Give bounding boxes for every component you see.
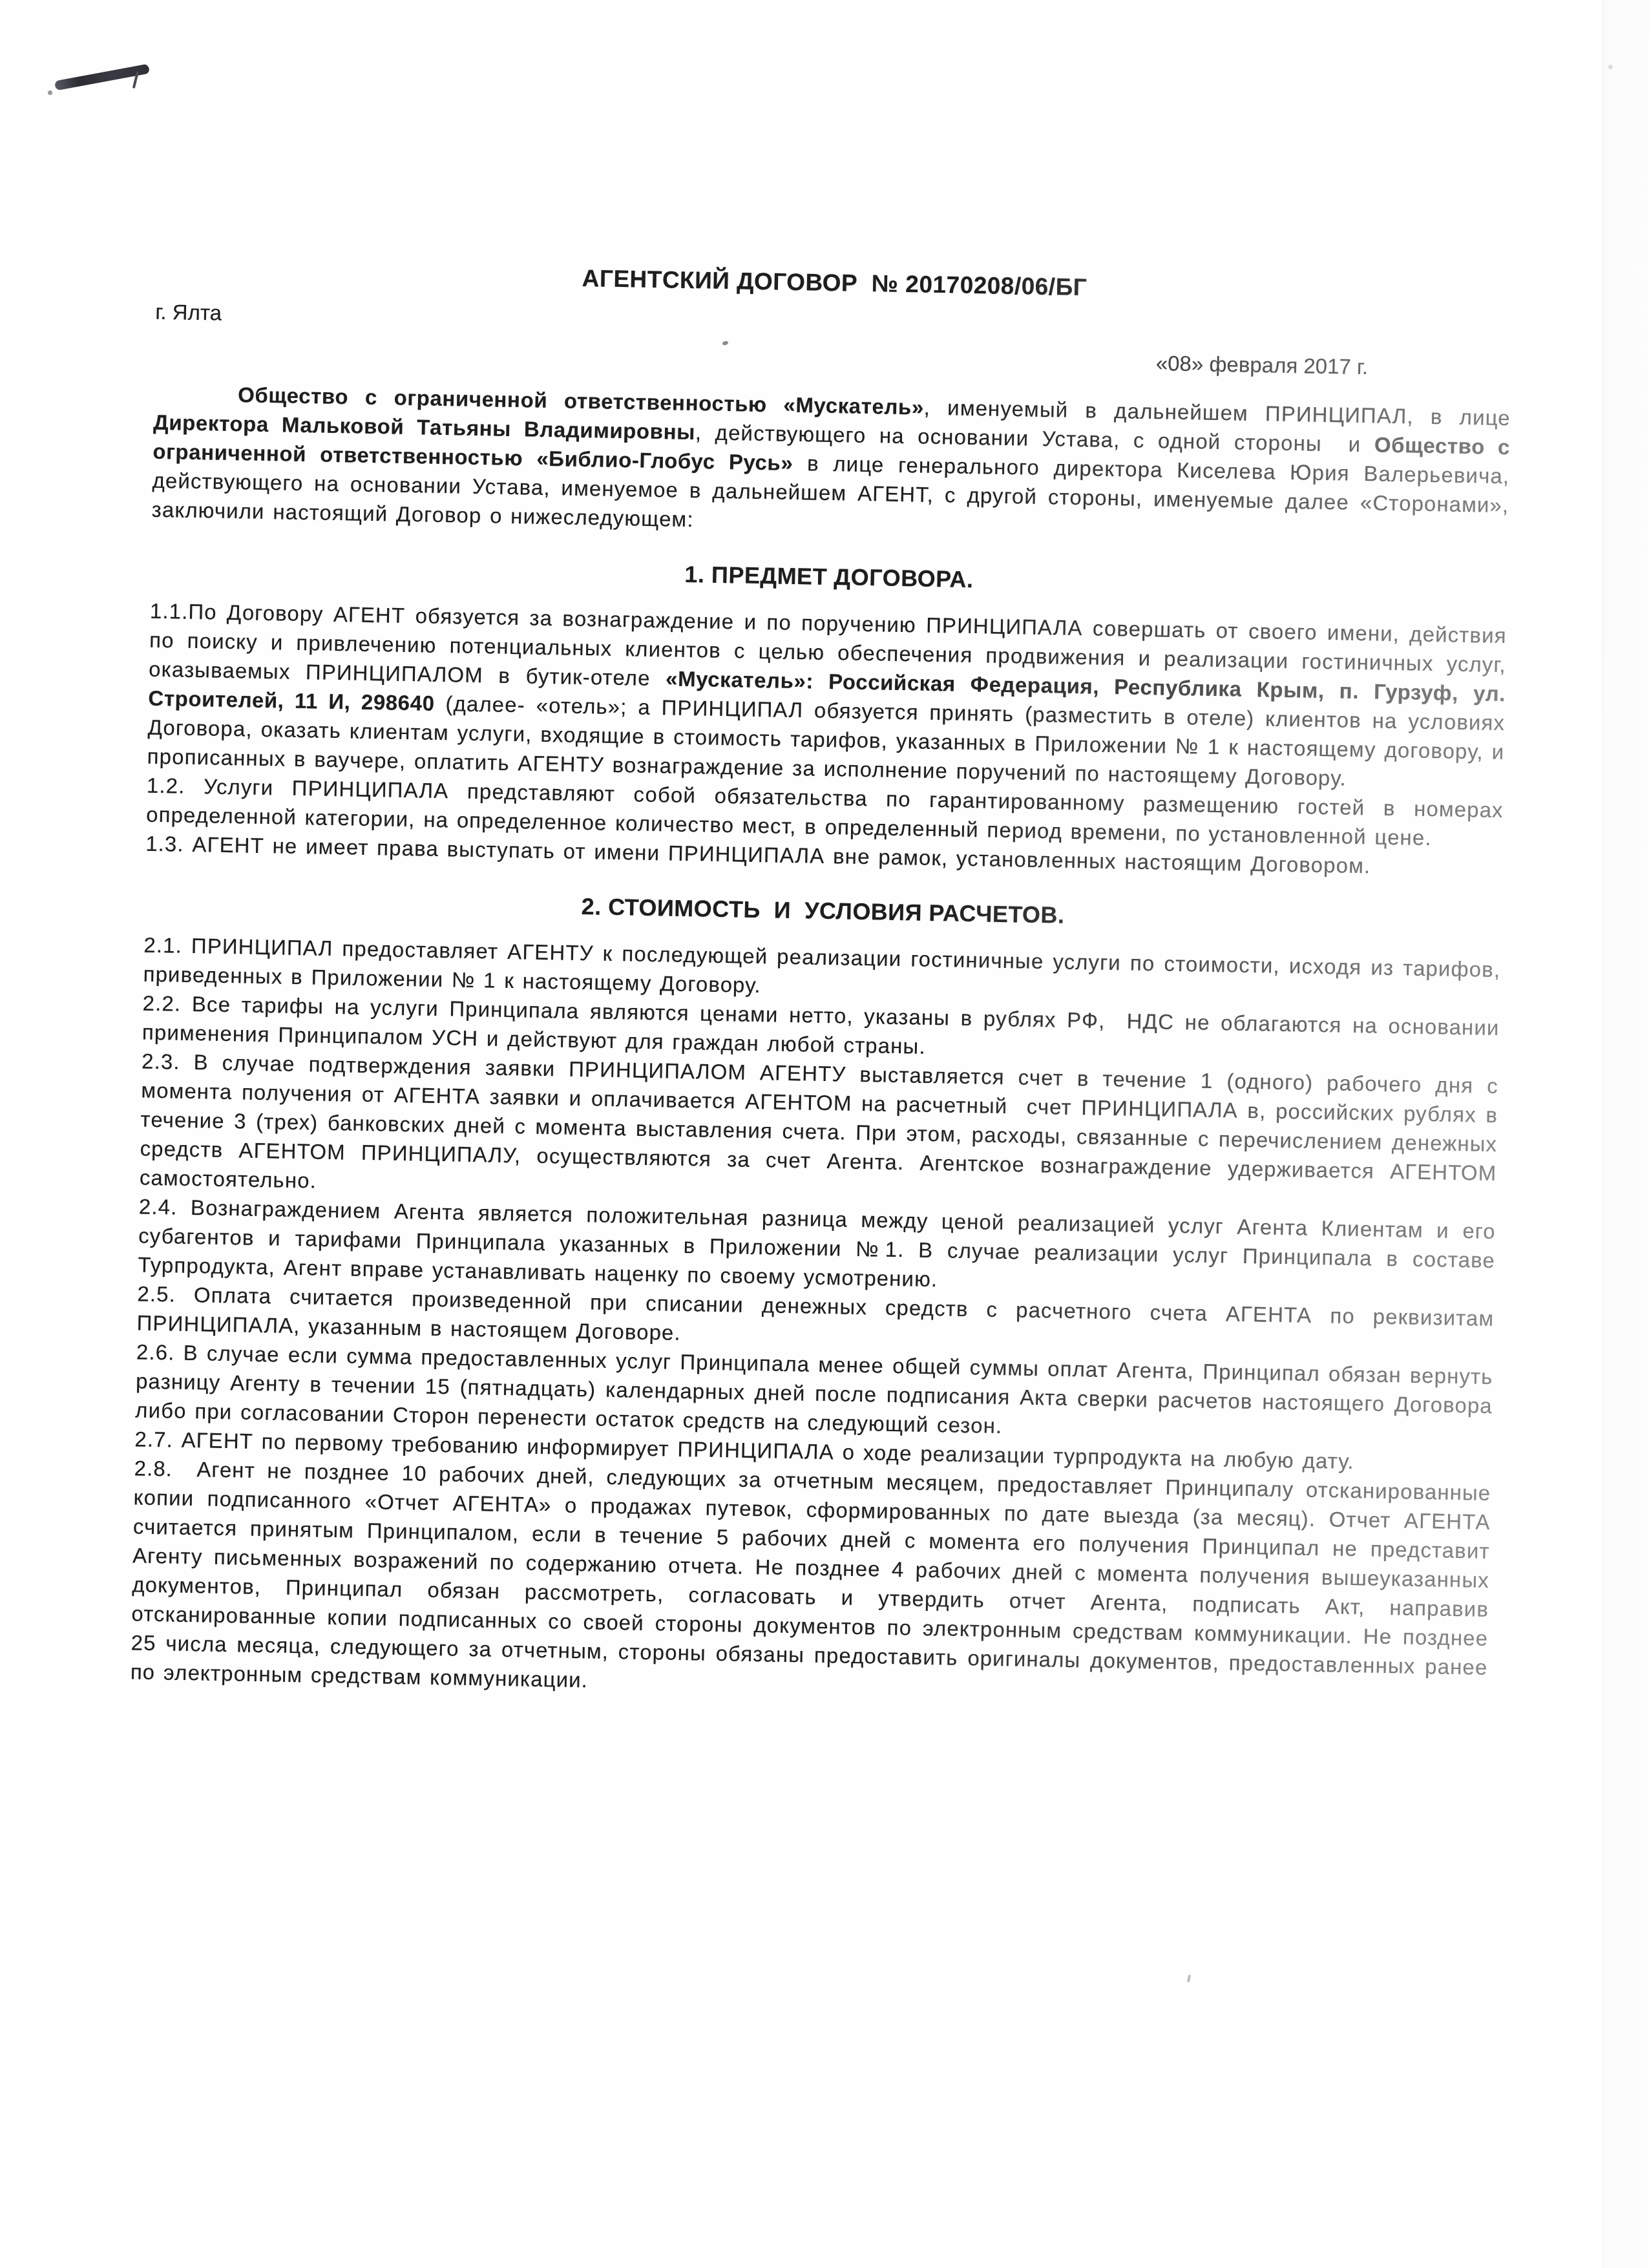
contract-body: Общество с ограниченной ответственностью… <box>130 379 1511 1711</box>
section-2-heading: 2. СТОИМОСТЬ И УСЛОВИЯ РАСЧЕТОВ. <box>144 884 1501 938</box>
document-page: АГЕНТСКИЙ ДОГОВОР № 20170208/06/БГ г. Ял… <box>0 0 1649 2268</box>
scan-speck <box>1187 1975 1191 1983</box>
text-run: 2.1. ПРИНЦИПАЛ предоставляет АГЕНТУ к по… <box>143 933 1500 998</box>
clause-2-3: 2.3. В случае подтверждения заявки ПРИНЦ… <box>139 1047 1498 1217</box>
scan-speck <box>1608 65 1613 69</box>
text-run: 2.8. Агент не позднее 10 рабочих дней, с… <box>131 1456 1491 1692</box>
section-1-heading: 1. ПРЕДМЕТ ДОГОВОРА. <box>151 550 1507 604</box>
text-run: 2.3. В случае подтверждения заявки ПРИНЦ… <box>140 1049 1499 1193</box>
clause-2-8: 2.8. Агент не позднее 10 рабочих дней, с… <box>130 1454 1491 1711</box>
bold-text-run: Директора Мальковой Татьяны Владимировны <box>153 410 695 444</box>
scan-edge-shadow <box>1602 0 1649 2268</box>
clause-1-1: 1.1.По Договору АГЕНТ обязуется за возна… <box>147 596 1507 795</box>
contract-content: АГЕНТСКИЙ ДОГОВОР № 20170208/06/БГ г. Ял… <box>130 0 1518 1711</box>
intro: Общество с ограниченной ответственностью… <box>151 379 1511 549</box>
staple-scan-mark-dot <box>48 90 52 95</box>
text-run: , именуемый в дальнейшем ПРИНЦИПАЛ, в ли… <box>923 395 1511 430</box>
